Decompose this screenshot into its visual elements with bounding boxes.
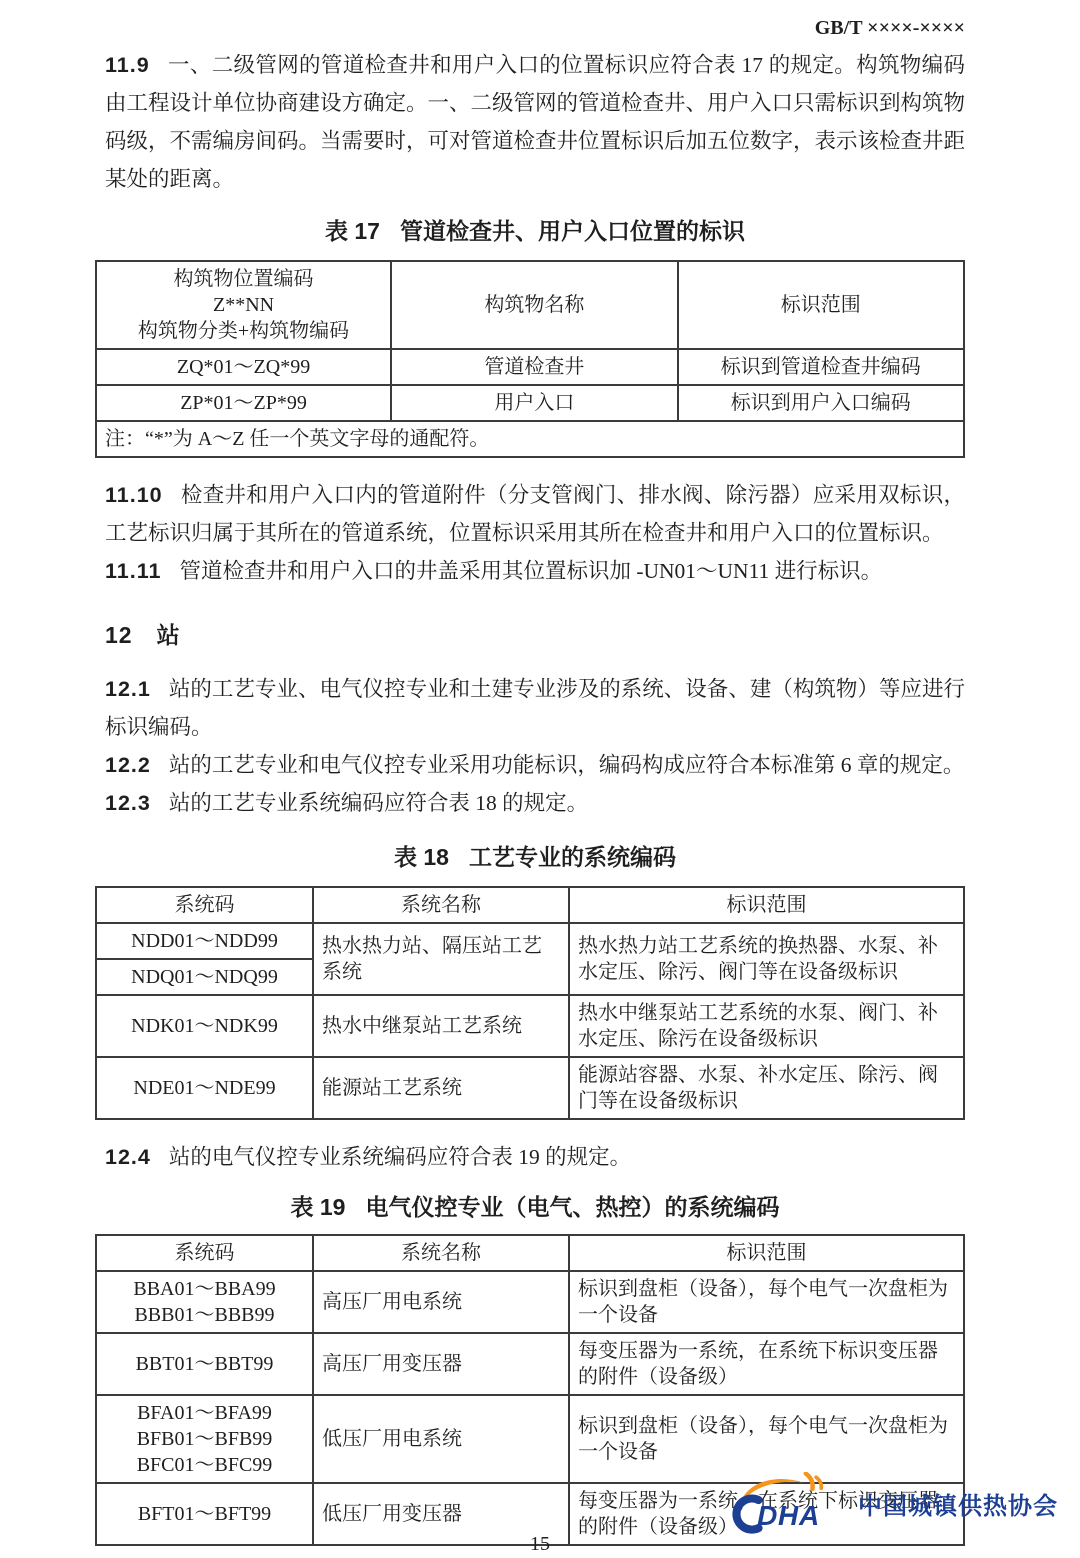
header-line: 构筑物位置编码 bbox=[105, 266, 382, 292]
clause-12-2: 12.2站的工艺专业和电气仪控专业采用功能标识，编码构成应符合本标准第 6 章的… bbox=[105, 746, 965, 784]
header-system-code: 系统码 bbox=[96, 1235, 313, 1271]
table-18: 系统码 系统名称 标识范围 NDD01～NDD99 热水热力站、隔压站工艺系统 … bbox=[95, 886, 965, 1120]
cdha-logo: DHA 中国城镇供热协会 bbox=[732, 1472, 1058, 1534]
logo-crescent-icon bbox=[736, 1499, 758, 1530]
table-17-title: 表 17管道检查井、用户入口位置的标识 bbox=[105, 216, 965, 246]
clause-text: 一、二级管网的管道检查井和用户入口的位置标识应符合表 17 的规定。构筑物编码由… bbox=[105, 53, 965, 191]
table-17-header-row: 构筑物位置编码 Z**NN 构筑物分类+构筑物编码 构筑物名称 标识范围 bbox=[96, 261, 964, 349]
cell-scope: 标识到管道检查井编码 bbox=[678, 349, 964, 385]
code-line: BBB01～BBB99 bbox=[105, 1302, 304, 1328]
table-17-note-row: 注：“*”为 A～Z 任一个英文字母的通配符。 bbox=[96, 421, 964, 457]
clause-number: 12.1 bbox=[105, 677, 151, 701]
table-17-label: 表 17 bbox=[325, 218, 380, 244]
clause-text: 管道检查井和用户入口的井盖采用其位置标识加 -UN01～UN11 进行标识。 bbox=[179, 559, 882, 583]
clause-11-9: 11.9一、二级管网的管道检查井和用户入口的位置标识应符合表 17 的规定。构筑… bbox=[105, 46, 965, 198]
header-structure-code: 构筑物位置编码 Z**NN 构筑物分类+构筑物编码 bbox=[96, 261, 391, 349]
table-18-label: 表 18 bbox=[394, 844, 449, 870]
table-row: NDK01～NDK99 热水中继泵站工艺系统 热水中继泵站工艺系统的水泵、阀门、… bbox=[96, 995, 964, 1057]
header-structure-name: 构筑物名称 bbox=[391, 261, 677, 349]
logo-wave-icon bbox=[806, 1474, 813, 1489]
clause-number: 11.9 bbox=[105, 53, 150, 77]
cell-code: BBA01～BBA99 BBB01～BBB99 bbox=[96, 1271, 313, 1333]
table-row: BFA01～BFA99 BFB01～BFB99 BFC01～BFC99 低压厂用… bbox=[96, 1395, 964, 1483]
table-row: BBT01～BBT99 高压厂用变压器 每变压器为一系统，在系统下标识变压器的附… bbox=[96, 1333, 964, 1395]
logo-acronym: DHA bbox=[757, 1500, 820, 1531]
table-19-label: 表 19 bbox=[291, 1194, 346, 1220]
cell-code: ZP*01～ZP*99 bbox=[96, 385, 391, 421]
association-name: 中国城镇供热协会 bbox=[858, 1486, 1058, 1521]
clause-11-11: 11.11管道检查井和用户入口的井盖采用其位置标识加 -UN01～UN11 进行… bbox=[105, 552, 965, 590]
cell-name: 热水中继泵站工艺系统 bbox=[313, 995, 569, 1057]
table-18-title: 表 18工艺专业的系统编码 bbox=[105, 842, 965, 872]
cell-scope: 每变压器为一系统，在系统下标识变压器的附件（设备级） bbox=[569, 1333, 964, 1395]
table-17: 构筑物位置编码 Z**NN 构筑物分类+构筑物编码 构筑物名称 标识范围 ZQ*… bbox=[95, 260, 965, 458]
dha-logo-icon: DHA bbox=[732, 1472, 850, 1534]
cell-code: NDQ01～NDQ99 bbox=[96, 959, 313, 995]
clause-number: 12.2 bbox=[105, 753, 151, 777]
clause-text: 站的工艺专业、电气仪控专业和土建专业涉及的系统、设备、建（构筑物）等应进行标识编… bbox=[105, 677, 965, 739]
page-number: 15 bbox=[0, 1533, 1080, 1556]
clause-number: 12.3 bbox=[105, 791, 151, 815]
cell-code: NDK01～NDK99 bbox=[96, 995, 313, 1057]
cell-code: ZQ*01～ZQ*99 bbox=[96, 349, 391, 385]
section-12-heading: 12站 bbox=[105, 620, 965, 650]
table-18-title-text: 工艺专业的系统编码 bbox=[469, 844, 676, 870]
code-line: BFB01～BFB99 bbox=[105, 1426, 304, 1452]
table-row: NDE01～NDE99 能源站工艺系统 能源站容器、水泵、补水定压、除污、阀门等… bbox=[96, 1057, 964, 1119]
cell-scope: 热水中继泵站工艺系统的水泵、阀门、补水定压、除污在设备级标识 bbox=[569, 995, 964, 1057]
table-19-title-text: 电气仪控专业（电气、热控）的系统编码 bbox=[365, 1194, 779, 1220]
cell-code: NDD01～NDD99 bbox=[96, 923, 313, 959]
cell-name: 能源站工艺系统 bbox=[313, 1057, 569, 1119]
cell-name: 低压厂用电系统 bbox=[313, 1395, 569, 1483]
code-line: BBA01～BBA99 bbox=[105, 1276, 304, 1302]
header-scope: 标识范围 bbox=[569, 1235, 964, 1271]
clause-12-4: 12.4站的电气仪控专业系统编码应符合表 19 的规定。 bbox=[105, 1138, 965, 1176]
clause-12-3: 12.3站的工艺专业系统编码应符合表 18 的规定。 bbox=[105, 784, 965, 822]
cell-name: 管道检查井 bbox=[391, 349, 677, 385]
cell-name: 热水热力站、隔压站工艺系统 bbox=[313, 923, 569, 995]
cell-name: 高压厂用变压器 bbox=[313, 1333, 569, 1395]
table-row: ZQ*01～ZQ*99 管道检查井 标识到管道检查井编码 bbox=[96, 349, 964, 385]
section-title: 站 bbox=[157, 622, 180, 648]
header-scope: 标识范围 bbox=[569, 887, 964, 923]
cell-code: NDE01～NDE99 bbox=[96, 1057, 313, 1119]
header-system-code: 系统码 bbox=[96, 887, 313, 923]
table-row: NDD01～NDD99 热水热力站、隔压站工艺系统 热水热力站工艺系统的换热器、… bbox=[96, 923, 964, 959]
code-line: BFC01～BFC99 bbox=[105, 1452, 304, 1478]
clause-number: 11.10 bbox=[105, 483, 163, 507]
table-19-header-row: 系统码 系统名称 标识范围 bbox=[96, 1235, 964, 1271]
table-row: ZP*01～ZP*99 用户入口 标识到用户入口编码 bbox=[96, 385, 964, 421]
header-line: Z**NN bbox=[105, 292, 382, 318]
clause-number: 12.4 bbox=[105, 1145, 151, 1169]
cell-code: BBT01～BBT99 bbox=[96, 1333, 313, 1395]
section-number: 12 bbox=[105, 622, 133, 648]
clause-text: 站的工艺专业系统编码应符合表 18 的规定。 bbox=[169, 791, 588, 815]
table-18-header-row: 系统码 系统名称 标识范围 bbox=[96, 887, 964, 923]
table-row: BBA01～BBA99 BBB01～BBB99 高压厂用电系统 标识到盘柜（设备… bbox=[96, 1271, 964, 1333]
cell-scope: 标识到盘柜（设备），每个电气一次盘柜为一个设备 bbox=[569, 1271, 964, 1333]
header-system-name: 系统名称 bbox=[313, 887, 569, 923]
cell-scope: 标识到盘柜（设备），每个电气一次盘柜为一个设备 bbox=[569, 1395, 964, 1483]
header-line: 构筑物分类+构筑物编码 bbox=[105, 318, 382, 344]
cell-code: BFA01～BFA99 BFB01～BFB99 BFC01～BFC99 bbox=[96, 1395, 313, 1483]
clause-text: 站的电气仪控专业系统编码应符合表 19 的规定。 bbox=[169, 1145, 631, 1169]
logo-wave-icon bbox=[816, 1477, 821, 1488]
standard-code-header: GB/T ××××-×××× bbox=[105, 16, 965, 40]
clause-11-10: 11.10检查井和用户入口内的管道附件（分支管阀门、排水阀、除污器）应采用双标识… bbox=[105, 476, 965, 552]
clause-text: 站的工艺专业和电气仪控专业采用功能标识，编码构成应符合本标准第 6 章的规定。 bbox=[169, 753, 965, 777]
table-17-note: 注：“*”为 A～Z 任一个英文字母的通配符。 bbox=[96, 421, 964, 457]
clause-12-1: 12.1站的工艺专业、电气仪控专业和土建专业涉及的系统、设备、建（构筑物）等应进… bbox=[105, 670, 965, 746]
cell-name: 高压厂用电系统 bbox=[313, 1271, 569, 1333]
cell-scope: 热水热力站工艺系统的换热器、水泵、补水定压、除污、阀门等在设备级标识 bbox=[569, 923, 964, 995]
clause-number: 11.11 bbox=[105, 559, 161, 583]
code-line: BFA01～BFA99 bbox=[105, 1400, 304, 1426]
header-system-name: 系统名称 bbox=[313, 1235, 569, 1271]
document-page: GB/T ××××-×××× 11.9一、二级管网的管道检查井和用户入口的位置标… bbox=[0, 0, 1080, 1558]
cell-scope: 标识到用户入口编码 bbox=[678, 385, 964, 421]
cell-scope: 能源站容器、水泵、补水定压、除污、阀门等在设备级标识 bbox=[569, 1057, 964, 1119]
table-17-title-text: 管道检查井、用户入口位置的标识 bbox=[400, 218, 745, 244]
cell-name: 用户入口 bbox=[391, 385, 677, 421]
header-scope: 标识范围 bbox=[678, 261, 964, 349]
clause-text: 检查井和用户入口内的管道附件（分支管阀门、排水阀、除污器）应采用双标识，工艺标识… bbox=[105, 483, 965, 545]
table-19-title: 表 19电气仪控专业（电气、热控）的系统编码 bbox=[105, 1192, 965, 1222]
